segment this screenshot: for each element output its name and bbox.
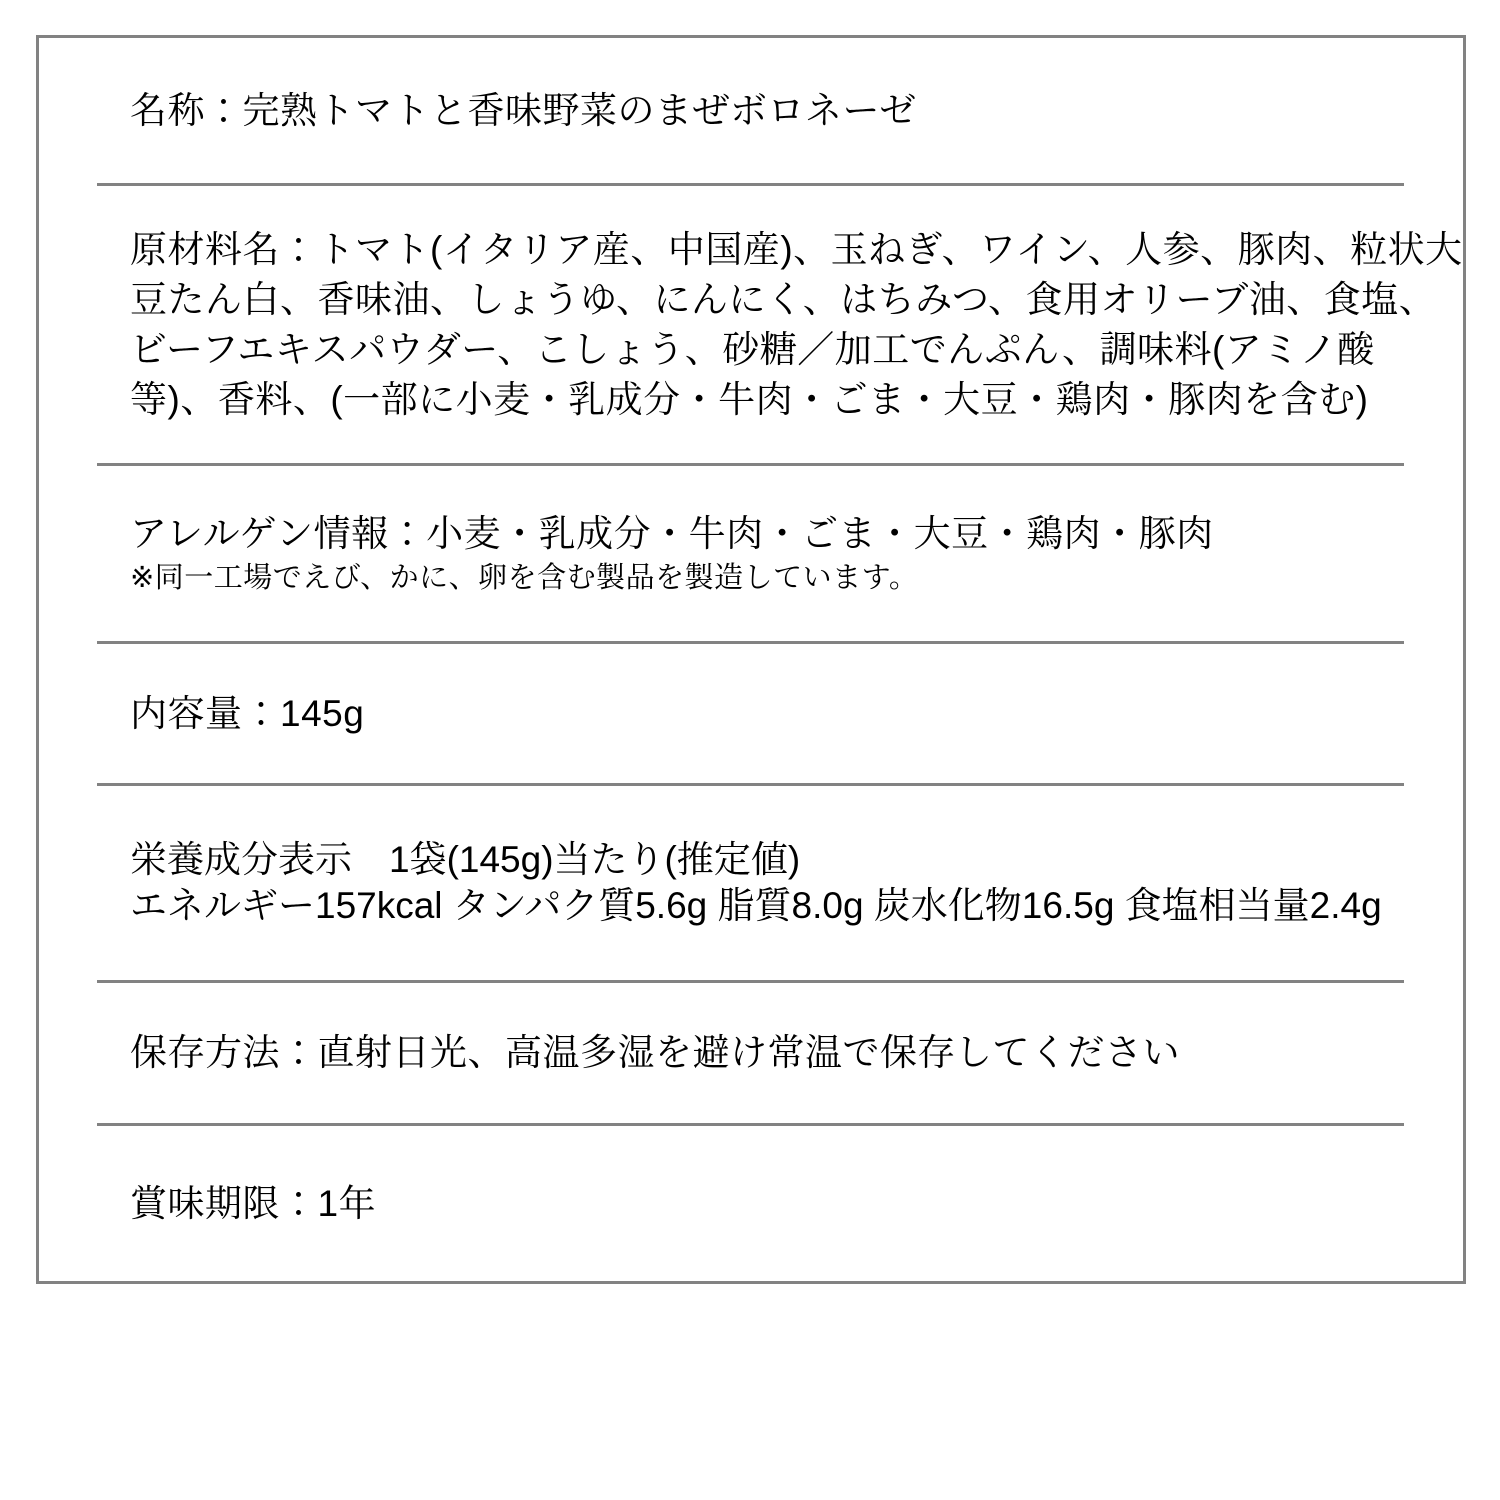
product-name-section: 名称：完熟トマトと香味野菜のまぜボロネーゼ (39, 38, 1463, 183)
ingredients-text-line: 等)、香料、(一部に小麦・乳成分・牛肉・ごま・大豆・鶏肉・豚肉を含む) (130, 375, 1439, 425)
ingredients-text-line: 原材料名：トマト(イタリア産、中国産)、玉ねぎ、ワイン、人参、豚肉、粒状大 (130, 225, 1439, 275)
product-label-box: 名称：完熟トマトと香味野菜のまぜボロネーゼ 原材料名：トマト(イタリア産、中国産… (36, 35, 1466, 1284)
expiry-section: 賞味期限：1年 (39, 1126, 1463, 1281)
storage-section: 保存方法：直射日光、高温多湿を避け常温で保存してください (39, 983, 1463, 1123)
allergen-section: アレルゲン情報：小麦・乳成分・牛肉・ごま・大豆・鶏肉・豚肉 ※同一工場でえび、か… (39, 466, 1463, 641)
product-name-text: 名称：完熟トマトと香味野菜のまぜボロネーゼ (130, 86, 1439, 136)
allergen-note-text: ※同一工場でえび、かに、卵を含む製品を製造しています。 (130, 558, 1439, 598)
ingredients-section: 原材料名：トマト(イタリア産、中国産)、玉ねぎ、ワイン、人参、豚肉、粒状大 豆た… (39, 186, 1463, 463)
ingredients-text-line: 豆たん白、香味油、しょうゆ、にんにく、はちみつ、食用オリーブ油、食塩、 (130, 275, 1439, 325)
ingredients-text-line: ビーフエキスパウダー、こしょう、砂糖／加工でんぷん、調味料(アミノ酸 (130, 325, 1439, 375)
expiry-text: 賞味期限：1年 (130, 1179, 1439, 1229)
nutrition-values-text: エネルギー157kcal タンパク質5.6g 脂質8.0g 炭水化物16.5g … (130, 883, 1439, 929)
net-weight-section: 内容量：145g (39, 644, 1463, 783)
storage-text: 保存方法：直射日光、高温多湿を避け常温で保存してください (130, 1028, 1439, 1078)
nutrition-title-text: 栄養成分表示 1袋(145g)当たり(推定値) (130, 837, 1439, 883)
nutrition-section: 栄養成分表示 1袋(145g)当たり(推定値) エネルギー157kcal タンパ… (39, 786, 1463, 980)
allergen-text: アレルゲン情報：小麦・乳成分・牛肉・ごま・大豆・鶏肉・豚肉 (130, 510, 1439, 558)
net-weight-text: 内容量：145g (130, 689, 1439, 739)
